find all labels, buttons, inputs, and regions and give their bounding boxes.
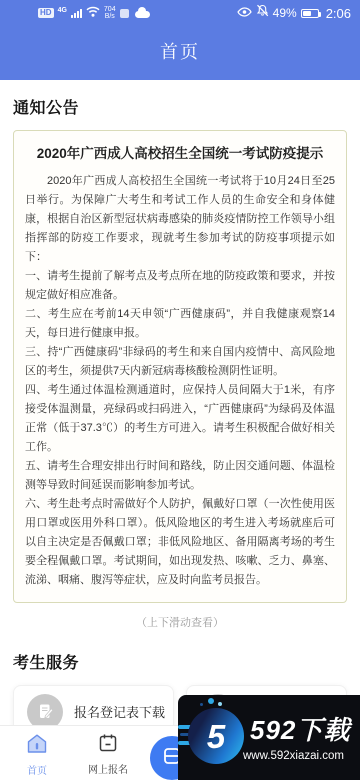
notice-box[interactable]: 2020年广西成人高校招生全国统一考试防疫提示 2020年广西成人高校招生全国统… xyxy=(13,130,347,603)
tab-label: 首页 xyxy=(27,762,47,777)
notice-paragraph: 三、持“广西健康码”非绿码的考生和来自国内疫情中、高风险地区的考生，须提供7天内… xyxy=(25,343,335,381)
status-bar: HD 4G 704 B/s xyxy=(0,0,360,26)
notice-section-title: 通知公告 xyxy=(13,95,347,118)
app-bar: HD 4G 704 B/s xyxy=(0,0,360,80)
tab-label: 网上报名 xyxy=(88,761,128,776)
services-section-title: 考生服务 xyxy=(13,650,347,673)
service-card-label: 报名登记表下载 xyxy=(74,702,165,721)
notice-paragraph: 五、请考生合理安排出行时间和路线，防止因交通问题、体温检测等导致时间延误而影响参… xyxy=(25,457,335,495)
status-bar-left: HD 4G 704 B/s xyxy=(38,4,150,22)
hd-icon: HD xyxy=(38,8,54,18)
notice-paragraph: 六、考生赴考点时需做好个人防护，佩戴好口罩（一次性使用医用口罩或医用外科口罩）。… xyxy=(25,495,335,590)
app-screen: HD 4G 704 B/s xyxy=(0,0,360,780)
eye-icon xyxy=(237,4,252,22)
logo-dot xyxy=(208,698,214,704)
calendar-icon xyxy=(98,733,118,758)
network-type-label: 4G xyxy=(58,7,67,14)
battery-percent: 49% xyxy=(273,6,297,20)
bell-muted-icon xyxy=(256,4,269,22)
home-icon xyxy=(26,733,48,759)
battery-icon xyxy=(301,9,319,18)
tab-home[interactable]: 首页 xyxy=(5,733,69,777)
app-square-icon xyxy=(120,9,129,18)
logo-dot xyxy=(218,702,222,706)
signal-bars-icon xyxy=(71,9,82,18)
cloud-icon xyxy=(135,11,150,18)
status-bar-right: 49% 2:06 xyxy=(237,4,351,22)
watermark-592xiazai: 5 592下载 www.592xiazai.com xyxy=(178,695,360,780)
watermark-url: www.592xiazai.com xyxy=(243,750,344,762)
wifi-icon xyxy=(86,4,100,22)
status-time: 2:06 xyxy=(326,6,351,21)
scroll-hint: （上下滑动查看） xyxy=(0,614,360,630)
network-speed: 704 B/s xyxy=(104,6,116,20)
notice-title: 2020年广西成人高校招生全国统一考试防疫提示 xyxy=(27,145,333,163)
tab-online-registration[interactable]: 网上报名 xyxy=(76,733,140,776)
notice-paragraph: 一、请考生提前了解考点及考点所在地的防疫政策和要求，并按规定做好相应准备。 xyxy=(25,267,335,305)
logo-dot xyxy=(200,703,203,706)
watermark-title: 592下载 xyxy=(250,710,350,747)
logo-number: 5 xyxy=(207,720,225,753)
notice-paragraph: 四、考生通过体温检测通道时，应保持人员间隔大于1米，有序接受体温测量，亮绿码或扫… xyxy=(25,381,335,457)
notice-paragraph: 2020年广西成人高校招生全国统一考试将于10月24日至25日举行。为保障广大考… xyxy=(25,172,335,267)
page-title: 首页 xyxy=(0,26,360,76)
logo-circle-icon: 5 xyxy=(188,708,244,764)
notice-paragraph: 二、考生应在考前14天申领“广西健康码”，并自我健康观察14天，每日进行健康申报… xyxy=(25,305,335,343)
